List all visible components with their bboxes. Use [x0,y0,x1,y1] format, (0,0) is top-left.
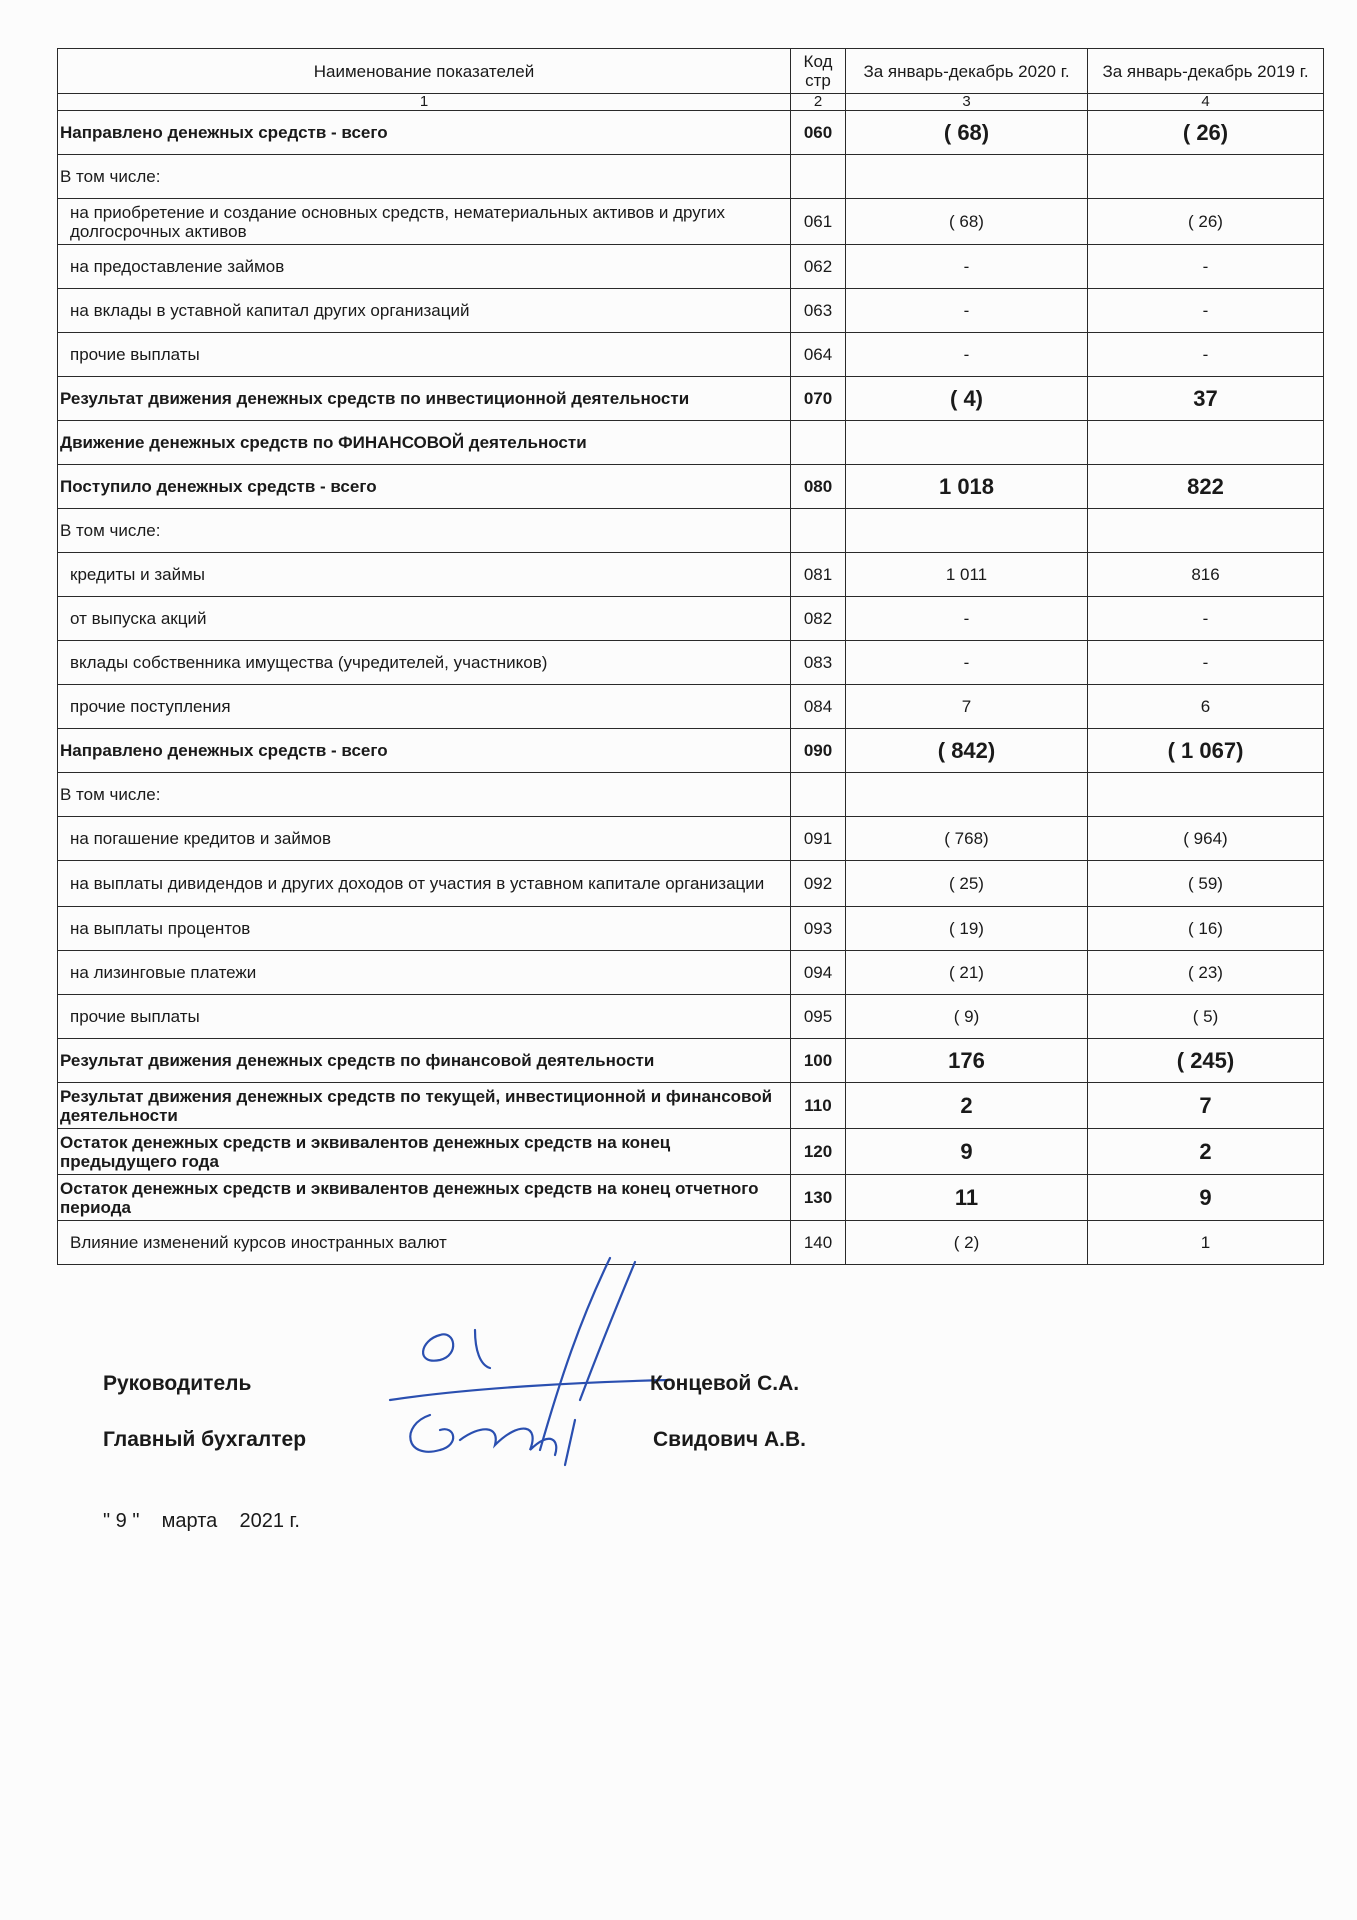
row-code: 120 [791,1129,846,1175]
row-name: на выплаты дивидендов и других доходов о… [58,861,791,907]
table-row: Результат движения денежных средств по и… [58,377,1324,421]
row-name: Результат движения денежных средств по ф… [58,1039,791,1083]
row-value-2019: - [1088,641,1324,685]
row-value-2020 [846,509,1088,553]
row-value-2020: ( 9) [846,995,1088,1039]
row-value-2020 [846,155,1088,199]
row-value-2019: 6 [1088,685,1324,729]
column-number: 3 [846,94,1088,111]
row-value-2019: 2 [1088,1129,1324,1175]
table-row: на выплаты процентов093( 19)( 16) [58,907,1324,951]
table-row: на приобретение и создание основных сред… [58,199,1324,245]
row-value-2020: - [846,333,1088,377]
row-code: 092 [791,861,846,907]
row-value-2020: 176 [846,1039,1088,1083]
table-row: Движение денежных средств по ФИНАНСОВОЙ … [58,421,1324,465]
table-row: на погашение кредитов и займов091( 768)(… [58,817,1324,861]
row-name: Остаток денежных средств и эквивалентов … [58,1175,791,1221]
row-value-2019 [1088,155,1324,199]
row-code: 064 [791,333,846,377]
row-value-2019: ( 23) [1088,951,1324,995]
row-name: от выпуска акций [58,597,791,641]
signing-date: " 9 " марта 2021 г. [103,1510,300,1533]
row-value-2019: 816 [1088,553,1324,597]
row-name: Результат движения денежных средств по и… [58,377,791,421]
row-name: кредиты и займы [58,553,791,597]
row-value-2019: ( 964) [1088,817,1324,861]
row-name: вклады собственника имущества (учредител… [58,641,791,685]
row-value-2019: ( 26) [1088,199,1324,245]
row-code: 060 [791,111,846,155]
row-value-2020 [846,421,1088,465]
row-value-2020: ( 25) [846,861,1088,907]
row-value-2020: 7 [846,685,1088,729]
table-row: на предоставление займов062-- [58,245,1324,289]
row-value-2019: ( 5) [1088,995,1324,1039]
row-value-2020: 9 [846,1129,1088,1175]
table-row: Результат движения денежных средств по т… [58,1083,1324,1129]
row-value-2019: - [1088,333,1324,377]
row-code: 091 [791,817,846,861]
row-code: 083 [791,641,846,685]
row-value-2019: - [1088,245,1324,289]
row-value-2019: ( 1 067) [1088,729,1324,773]
row-name: В том числе: [58,509,791,553]
row-code: 062 [791,245,846,289]
table-row: В том числе: [58,155,1324,199]
row-value-2020 [846,773,1088,817]
column-number: 4 [1088,94,1324,111]
row-name: В том числе: [58,773,791,817]
head-title: Руководитель [103,1372,251,1396]
row-code: 084 [791,685,846,729]
row-value-2019: 1 [1088,1221,1324,1265]
row-value-2019: ( 26) [1088,111,1324,155]
row-name: Поступило денежных средств - всего [58,465,791,509]
row-value-2020: - [846,245,1088,289]
row-code: 093 [791,907,846,951]
row-value-2019: 822 [1088,465,1324,509]
row-value-2020: 11 [846,1175,1088,1221]
table-row: на вклады в уставной капитал других орга… [58,289,1324,333]
row-code: 063 [791,289,846,333]
row-value-2020: 2 [846,1083,1088,1129]
row-value-2020: - [846,597,1088,641]
row-name: Результат движения денежных средств по т… [58,1083,791,1129]
accountant-name: Свидович А.В. [653,1428,806,1452]
accountant-title: Главный бухгалтер [103,1428,306,1452]
row-name: Направлено денежных средств - всего [58,729,791,773]
row-code: 140 [791,1221,846,1265]
row-value-2020: ( 2) [846,1221,1088,1265]
row-code: 110 [791,1083,846,1129]
row-code: 061 [791,199,846,245]
row-value-2019: 7 [1088,1083,1324,1129]
row-value-2020: ( 68) [846,199,1088,245]
row-value-2019: 9 [1088,1175,1324,1221]
row-value-2020: ( 842) [846,729,1088,773]
row-code [791,155,846,199]
row-value-2019 [1088,773,1324,817]
row-name: прочие выплаты [58,333,791,377]
table-row: В том числе: [58,773,1324,817]
table-row: на выплаты дивидендов и других доходов о… [58,861,1324,907]
table-row: Остаток денежных средств и эквивалентов … [58,1129,1324,1175]
row-value-2019 [1088,509,1324,553]
row-code: 081 [791,553,846,597]
head-name: Концевой С.А. [650,1372,799,1396]
row-name: на лизинговые платежи [58,951,791,995]
row-code: 090 [791,729,846,773]
row-name: на выплаты процентов [58,907,791,951]
row-code: 080 [791,465,846,509]
row-name: на приобретение и создание основных сред… [58,199,791,245]
table-row: от выпуска акций082-- [58,597,1324,641]
table-row: Остаток денежных средств и эквивалентов … [58,1175,1324,1221]
row-code: 095 [791,995,846,1039]
table-row: Поступило денежных средств - всего0801 0… [58,465,1324,509]
table-row: прочие выплаты064-- [58,333,1324,377]
row-name: прочие поступления [58,685,791,729]
row-value-2019: - [1088,597,1324,641]
table-row: прочие выплаты095( 9)( 5) [58,995,1324,1039]
row-value-2020: 1 011 [846,553,1088,597]
row-value-2019: - [1088,289,1324,333]
row-value-2020: ( 68) [846,111,1088,155]
signature-scribbles [380,1250,740,1490]
row-code: 130 [791,1175,846,1221]
row-value-2019: 37 [1088,377,1324,421]
row-value-2020: ( 21) [846,951,1088,995]
column-number: 1 [58,94,791,111]
row-name: на вклады в уставной капитал других орга… [58,289,791,333]
row-name: на погашение кредитов и займов [58,817,791,861]
row-code [791,773,846,817]
row-code [791,421,846,465]
row-value-2019: ( 16) [1088,907,1324,951]
row-value-2020: ( 768) [846,817,1088,861]
row-value-2019 [1088,421,1324,465]
table-row: Направлено денежных средств - всего090( … [58,729,1324,773]
row-code: 070 [791,377,846,421]
table-row: Результат движения денежных средств по ф… [58,1039,1324,1083]
table-row: вклады собственника имущества (учредител… [58,641,1324,685]
row-value-2019: ( 59) [1088,861,1324,907]
table-row: прочие поступления08476 [58,685,1324,729]
row-value-2020: - [846,289,1088,333]
row-name: прочие выплаты [58,995,791,1039]
row-code: 100 [791,1039,846,1083]
table-row: кредиты и займы0811 011816 [58,553,1324,597]
table-row: В том числе: [58,509,1324,553]
cash-flow-table: Наименование показателей Код стр За янва… [57,48,1324,1265]
table-row: на лизинговые платежи094( 21)( 23) [58,951,1324,995]
row-name: Направлено денежных средств - всего [58,111,791,155]
header-name: Наименование показателей [58,49,791,94]
column-number: 2 [791,94,846,111]
row-value-2020: 1 018 [846,465,1088,509]
header-period-previous: За январь-декабрь 2019 г. [1088,49,1324,94]
header-period-current: За январь-декабрь 2020 г. [846,49,1088,94]
row-value-2020: - [846,641,1088,685]
row-name: на предоставление займов [58,245,791,289]
column-number-row: 1 2 3 4 [58,94,1324,111]
row-code: 082 [791,597,846,641]
table-header-row: Наименование показателей Код стр За янва… [58,49,1324,94]
row-code [791,509,846,553]
header-code: Код стр [791,49,846,94]
row-value-2019: ( 245) [1088,1039,1324,1083]
row-value-2020: ( 4) [846,377,1088,421]
row-name: В том числе: [58,155,791,199]
row-name: Движение денежных средств по ФИНАНСОВОЙ … [58,421,791,465]
table-row: Направлено денежных средств - всего060( … [58,111,1324,155]
row-value-2020: ( 19) [846,907,1088,951]
row-name: Остаток денежных средств и эквивалентов … [58,1129,791,1175]
row-code: 094 [791,951,846,995]
